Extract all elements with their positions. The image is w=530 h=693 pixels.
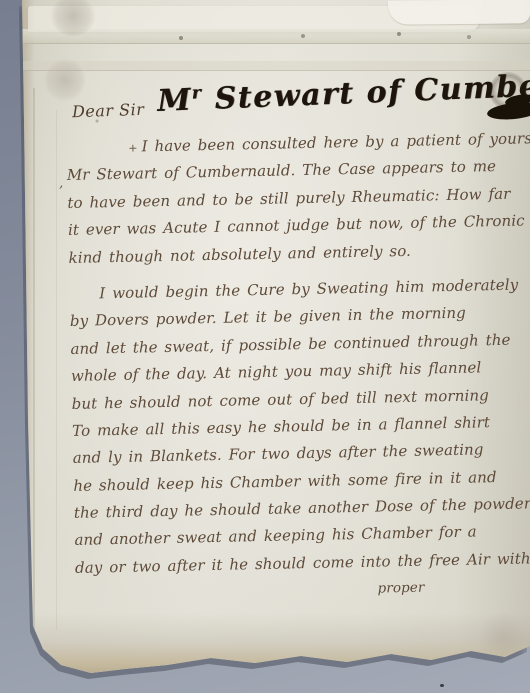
insertion-mark: +: [128, 142, 138, 155]
docket-title-prefix: M: [157, 83, 193, 119]
margin-mark: ,: [59, 170, 64, 197]
vertical-fold-crease: [56, 110, 57, 630]
letter-body: +I have been consulted here by a patient…: [66, 125, 530, 606]
vertical-fold-crease: [33, 88, 35, 653]
manuscript-photo: Dear Sir Mr Stewart of Cumbernauld +I ha…: [0, 0, 530, 693]
letter-line-text: Mr Stewart of Cumbernauld. The Case appe…: [67, 157, 497, 184]
docket-title: Mr Stewart of Cumbernauld: [157, 64, 530, 119]
paper-stain: [45, 58, 85, 102]
backdrop-speck: [440, 684, 444, 687]
repair-tissue-patch: [388, 0, 530, 25]
salutation: Dear Sir: [72, 100, 145, 122]
letter-line-text: I have been consulted here by a patient …: [141, 129, 530, 155]
letter-page: Dear Sir Mr Stewart of Cumbernauld +I ha…: [0, 0, 530, 693]
docket-title-rest: Stewart of Cumbernauld: [202, 64, 530, 117]
ink-specks: [0, 0, 2, 2]
